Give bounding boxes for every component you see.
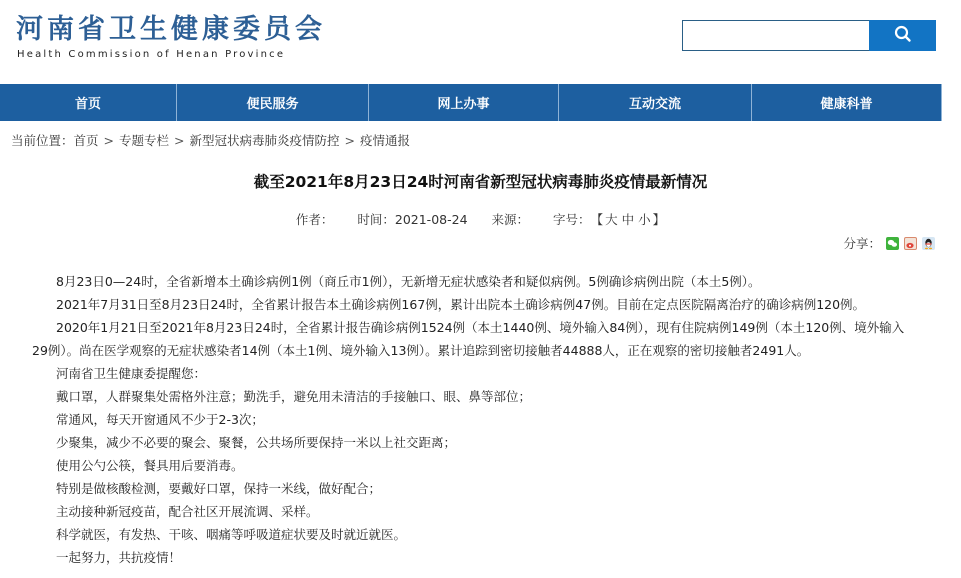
share-label: 分享：: [843, 234, 881, 252]
font-size-label: 字号：: [553, 210, 591, 228]
nav-item-interaction[interactable]: 互动交流: [559, 84, 752, 121]
paragraph-reminder-medical: 科学就医，有发热、干咳、咽痛等呼吸道症状要及时就近就医。: [32, 523, 912, 546]
bracket-open: 【: [591, 210, 604, 228]
paragraph-reminder-heading: 河南省卫生健康委提醒您：: [32, 362, 912, 385]
search-input[interactable]: [682, 20, 869, 51]
time-value: 2021-08-24: [395, 212, 468, 227]
breadcrumb-separator: >: [174, 133, 184, 148]
search-box: [682, 20, 936, 51]
breadcrumb-separator: >: [104, 133, 114, 148]
article-meta: 作者：时间：2021-08-24来源：字号：【大中小】: [0, 210, 961, 228]
weibo-icon[interactable]: [904, 237, 917, 250]
nav-item-label: 便民服务: [246, 93, 298, 112]
paragraph-local-cumulative: 2021年7月31日至8月23日24时，全省累计报告本土确诊病例167例，累计出…: [32, 293, 912, 316]
breadcrumb-topics[interactable]: 专题专栏: [119, 131, 169, 149]
main-nav: 首页 便民服务 网上办事 互动交流 健康科普: [0, 84, 942, 121]
breadcrumb-separator: >: [345, 133, 355, 148]
source-label: 来源：: [492, 210, 530, 228]
font-size-large[interactable]: 大: [605, 210, 618, 228]
nav-item-health-science[interactable]: 健康科普: [752, 84, 942, 121]
time-label: 时间：: [357, 210, 395, 228]
font-size-medium[interactable]: 中: [622, 210, 635, 228]
share-bar: 分享：: [843, 234, 935, 252]
paragraph-reminder-vaccination: 主动接种新冠疫苗，配合社区开展流调、采样。: [32, 500, 912, 523]
site-header: 河南省卫生健康委员会 Health Commission of Henan Pr…: [0, 0, 961, 84]
article-title: 截至2021年8月23日24时河南省新型冠状病毒肺炎疫情最新情况: [0, 170, 961, 192]
nav-item-label: 首页: [75, 93, 101, 112]
paragraph-daily-update: 8月23日0—24时，全省新增本土确诊病例1例（商丘市1例），无新增无症状感染者…: [32, 270, 912, 293]
paragraph-reminder-utensils: 使用公勺公筷，餐具用后要消毒。: [32, 454, 912, 477]
site-logo-subtitle: Health Commission of Henan Province: [17, 49, 285, 60]
paragraph-reminder-testing: 特别是做核酸检测，要戴好口罩，保持一米线，做好配合；: [32, 477, 912, 500]
breadcrumb-covid-prevention[interactable]: 新型冠状病毒肺炎疫情防控: [190, 131, 340, 149]
author-label: 作者：: [296, 210, 334, 228]
breadcrumb-home[interactable]: 首页: [74, 131, 99, 149]
qq-icon[interactable]: [922, 237, 935, 250]
article-body: 8月23日0—24时，全省新增本土确诊病例1例（商丘市1例），无新增无症状感染者…: [32, 270, 912, 569]
bracket-close: 】: [653, 210, 666, 228]
font-size-small[interactable]: 小: [638, 210, 651, 228]
nav-item-label: 互动交流: [629, 93, 681, 112]
breadcrumb: 当前位置：首页>专题专栏>新型冠状病毒肺炎疫情防控>疫情通报: [11, 131, 410, 149]
nav-item-label: 健康科普: [820, 93, 872, 112]
search-icon: [894, 25, 912, 46]
nav-item-label: 网上办事: [437, 93, 489, 112]
breadcrumb-epidemic-report[interactable]: 疫情通报: [360, 131, 410, 149]
nav-item-online-affairs[interactable]: 网上办事: [369, 84, 559, 121]
paragraph-reminder-ventilation: 常通风，每天开窗通风不少于2-3次；: [32, 408, 912, 431]
wechat-icon[interactable]: [886, 237, 899, 250]
nav-item-services[interactable]: 便民服务: [177, 84, 369, 121]
paragraph-reminder-closing: 一起努力，共抗疫情！: [32, 546, 912, 569]
search-button[interactable]: [869, 20, 936, 51]
breadcrumb-prefix: 当前位置：: [11, 131, 74, 149]
paragraph-reminder-gatherings: 少聚集，减少不必要的聚会、聚餐，公共场所要保持一米以上社交距离；: [32, 431, 912, 454]
paragraph-total-cumulative: 2020年1月21日至2021年8月23日24时，全省累计报告确诊病例1524例…: [32, 316, 912, 362]
paragraph-reminder-masks: 戴口罩，人群聚集处需格外注意；勤洗手，避免用未清洁的手接触口、眼、鼻等部位；: [32, 385, 912, 408]
nav-item-home[interactable]: 首页: [0, 84, 177, 121]
site-logo-title[interactable]: 河南省卫生健康委员会: [16, 14, 326, 46]
